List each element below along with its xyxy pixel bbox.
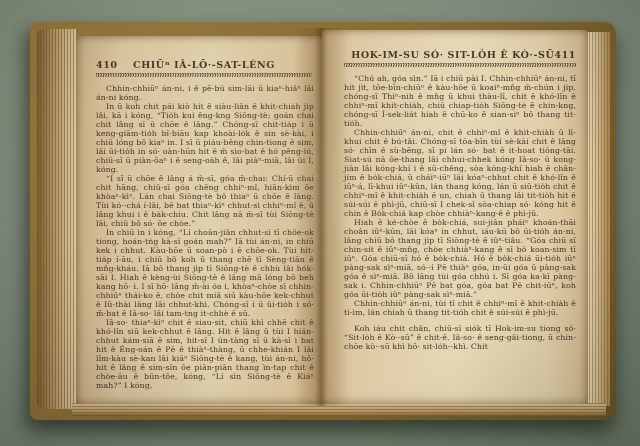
photo-background: 410 CHIŪⁿ IÂ-LŌ·-SAT-LÉNG Chhin-chhiūⁿ á… bbox=[0, 0, 640, 446]
paragraph: In ū koh chit pái kiò hit ê siàu-liân ê … bbox=[96, 102, 314, 174]
page-fore-edge-left bbox=[37, 29, 76, 409]
left-page-body: Chhin-chhiūⁿ án-ni, i ê pē-bú sim-lāi ū … bbox=[96, 84, 314, 390]
right-running-title: HOK-IM-SU SÓ· SIT-LO̍H Ê KÒ·-SŪ bbox=[351, 50, 554, 61]
left-page: 410 CHIŪⁿ IÂ-LŌ·-SAT-LÉNG Chhin-chhiūⁿ á… bbox=[76, 36, 322, 404]
left-page-number: 410 bbox=[96, 60, 124, 71]
paragraph: Koh iáu chit chân, chiū-sī sio̍k tī Hok-… bbox=[344, 324, 576, 351]
paragraph: Chhin-chhiūⁿ án-ni, chit ê chhiⁿ-mî ê kh… bbox=[344, 128, 576, 218]
right-header-rule bbox=[344, 63, 576, 67]
left-header-rule bbox=[96, 73, 312, 77]
page-edge-bottom bbox=[72, 403, 606, 416]
left-running-title: CHIŪⁿ IÂ-LŌ·-SAT-LÉNG bbox=[124, 60, 284, 71]
right-page: HOK-IM-SU SÓ· SIT-LO̍H Ê KÒ·-SŪ 411 “Chú… bbox=[322, 30, 588, 404]
paragraph: Chhin-chhiūⁿ án-ni, i ê pē-bú sim-lāi ū … bbox=[96, 84, 314, 102]
right-running-head: HOK-IM-SU SÓ· SIT-LO̍H Ê KÒ·-SŪ 411 bbox=[344, 50, 576, 61]
left-running-head: 410 CHIŪⁿ IÂ-LŌ·-SAT-LÉNG bbox=[96, 60, 312, 71]
right-page-number: 411 bbox=[554, 50, 576, 61]
paragraph: Hiah ê ké-chòe ê bo̍k-chiá, sui-jiân phá… bbox=[344, 218, 576, 299]
paragraph: In chiū ìn i kóng, “Lí choân-jiân chhut-… bbox=[96, 228, 314, 318]
paragraph: Chhin-chhiūⁿ án-ni, tùi tī chit ê chhiⁿ-… bbox=[344, 299, 576, 317]
paragraph: “Chú ah, góa sìn.” Iā i chiū pài I. Chhi… bbox=[344, 74, 576, 128]
open-book: 410 CHIŪⁿ IÂ-LŌ·-SAT-LÉNG Chhin-chhiūⁿ á… bbox=[30, 22, 616, 420]
right-page-body: “Chú ah, góa sìn.” Iā i chiū pài I. Chhi… bbox=[344, 74, 576, 351]
paragraph: “I sī ū chōe ê lâng á m̄-sī, góa m̄-chai… bbox=[96, 174, 314, 228]
page-fore-edge-right bbox=[586, 32, 610, 406]
paragraph: Iâ-so· thiaⁿ-kìⁿ chit ê siau-sit, chiū k… bbox=[96, 318, 314, 390]
